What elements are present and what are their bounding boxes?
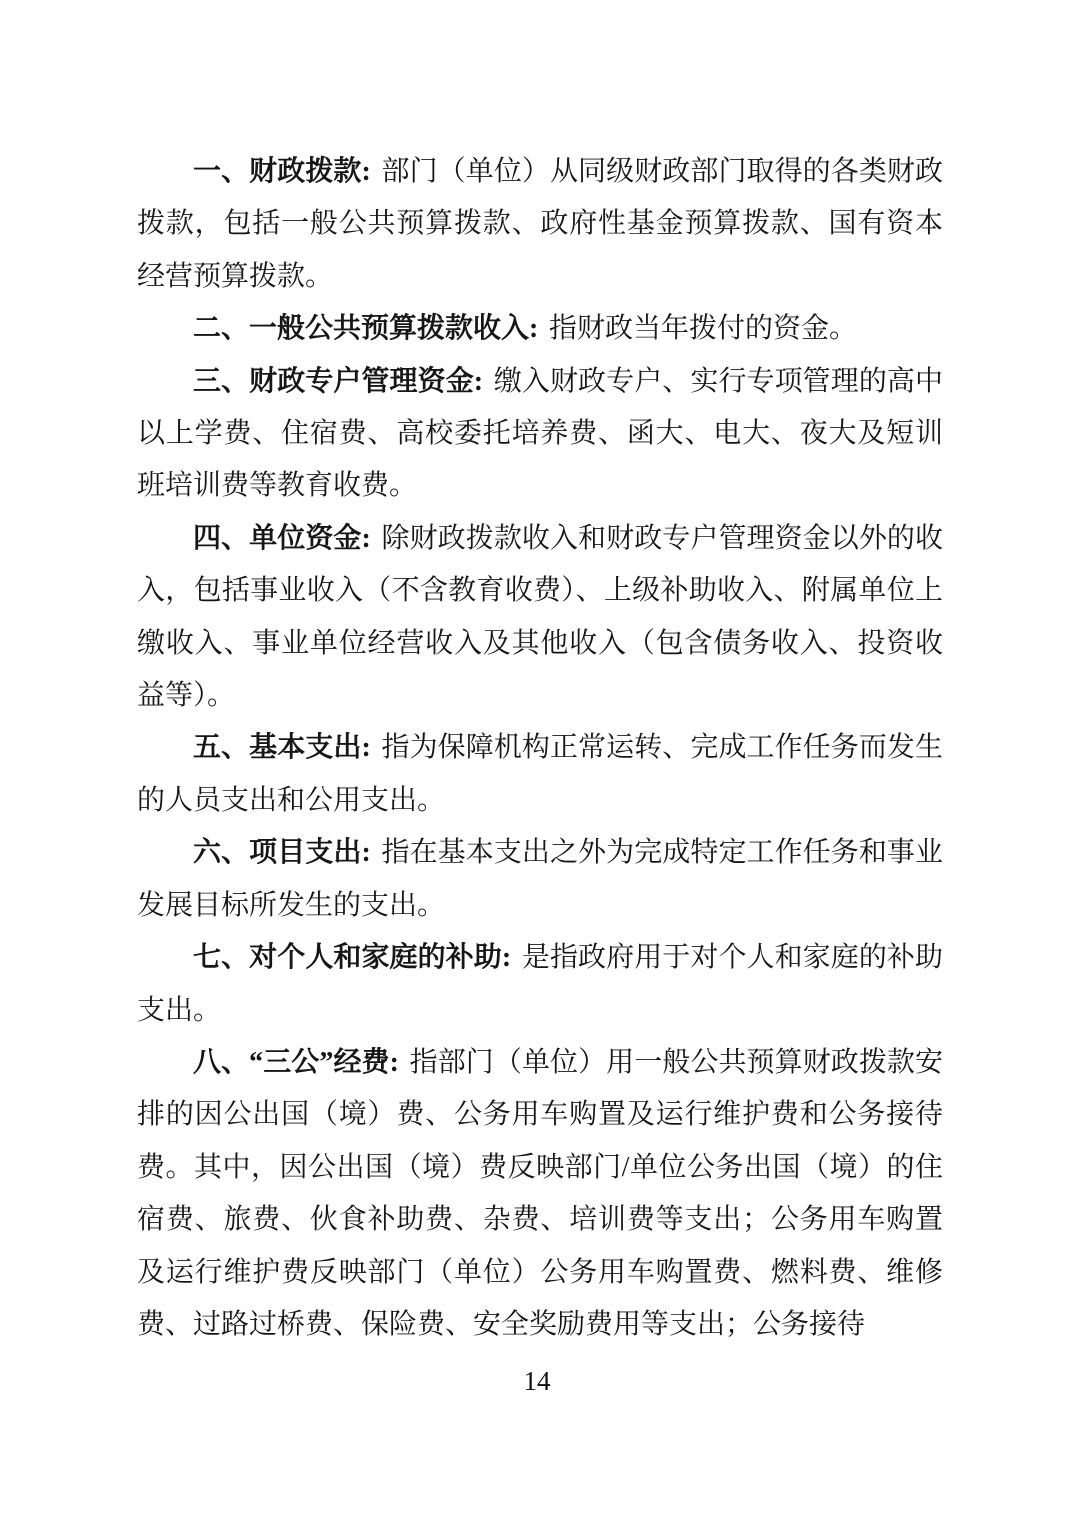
term-text: 四、单位资金:	[193, 523, 371, 554]
paragraph-special-account-funds: 三、财政专户管理资金:缴入财政专户、实行专项管理的高中以上学费、住宿费、高校委托…	[137, 356, 943, 513]
definition-text: 指财政当年拨付的资金。	[549, 313, 857, 344]
term-text: 八、“三公”经费:	[193, 1047, 399, 1078]
paragraph-unit-funds: 四、单位资金:除财政拨款收入和财政专户管理资金以外的收入，包括事业收入（不含教育…	[137, 513, 943, 723]
paragraph-basic-expenditure: 五、基本支出:指为保障机构正常运转、完成工作任务而发生的人员支出和公用支出。	[137, 722, 943, 827]
term-text: 三、财政专户管理资金:	[193, 366, 483, 397]
term-text: 七、对个人和家庭的补助:	[193, 942, 511, 973]
page-content: 一、财政拨款:部门（单位）从同级财政部门取得的各类财政拨款，包括一般公共预算拨款…	[137, 146, 943, 1351]
paragraph-three-public-expenses: 八、“三公”经费:指部门（单位）用一般公共预算财政拨款安排的因公出国（境）费、公…	[137, 1037, 943, 1351]
term-text: 二、一般公共预算拨款收入:	[193, 313, 538, 344]
page-number: 14	[0, 1366, 1074, 1397]
paragraph-project-expenditure: 六、项目支出:指在基本支出之外为完成特定工作任务和事业发展目标所发生的支出。	[137, 827, 943, 932]
paragraph-general-public-budget-income: 二、一般公共预算拨款收入:指财政当年拨付的资金。	[137, 303, 943, 355]
definition-text: 指部门（单位）用一般公共预算财政拨款安排的因公出国（境）费、公务用车购置及运行维…	[137, 1047, 943, 1340]
paragraph-individual-family-subsidy: 七、对个人和家庭的补助:是指政府用于对个人和家庭的补助支出。	[137, 932, 943, 1037]
term-text: 六、项目支出:	[193, 837, 371, 868]
document-page: 一、财政拨款:部门（单位）从同级财政部门取得的各类财政拨款，包括一般公共预算拨款…	[0, 0, 1074, 1520]
term-text: 五、基本支出:	[193, 732, 371, 763]
term-text: 一、财政拨款:	[193, 156, 371, 187]
paragraph-fiscal-appropriation: 一、财政拨款:部门（单位）从同级财政部门取得的各类财政拨款，包括一般公共预算拨款…	[137, 146, 943, 303]
